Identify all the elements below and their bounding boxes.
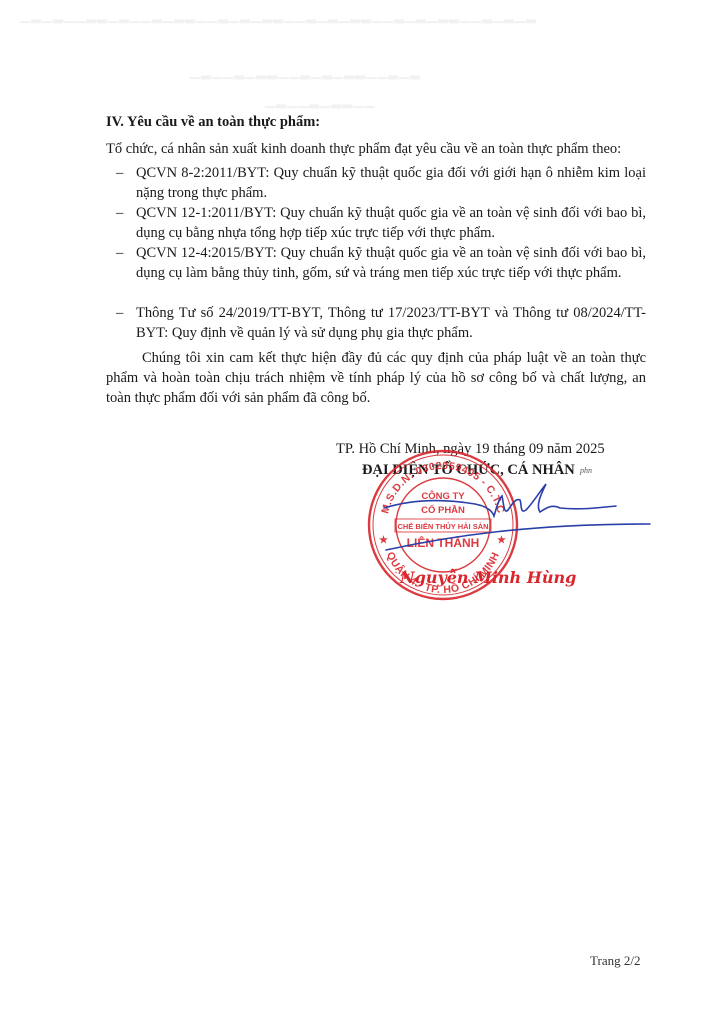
regulation-text: QCVN 12-4:2015/BYT: Quy chuẩn kỹ thuật q… (136, 243, 646, 283)
regulation-item: – QCVN 12-4:2015/BYT: Quy chuẩn kỹ thuật… (116, 243, 646, 283)
regulation-item: – Thông Tư số 24/2019/TT-BYT, Thông tư 1… (116, 303, 646, 343)
bullet-dash: – (116, 163, 123, 183)
regulation-text: QCVN 12-1:2011/BYT: Quy chuẩn kỹ thuật q… (136, 203, 646, 243)
page-number: Trang 2/2 (590, 953, 640, 969)
bullet-dash: – (116, 303, 123, 323)
section-intro: Tổ chức, cá nhân sản xuất kinh doanh thự… (106, 141, 621, 158)
document-page: ▁▂▁▂▁▁▂▂▁▂▁▁▂▁▂▂▁▁▂▁▂▁▂▂▁▁▂▁▂▁▂▂▁▁▂▁▂▁▂▂… (0, 0, 724, 1024)
regulation-text: QCVN 8-2:2011/BYT: Quy chuẩn kỹ thuật qu… (136, 163, 646, 203)
regulation-item: – QCVN 12-1:2011/BYT: Quy chuẩn kỹ thuật… (116, 203, 646, 243)
regulation-item: – QCVN 8-2:2011/BYT: Quy chuẩn kỹ thuật … (116, 163, 646, 203)
bullet-dash: – (116, 203, 123, 223)
show-through-decoration: ▁▂▁▁▂▁▂▂▁▁ (265, 93, 375, 109)
bullet-dash: – (116, 243, 123, 263)
commitment-paragraph: Chúng tôi xin cam kết thực hiện đầy đủ c… (106, 348, 646, 408)
regulation-text: Thông Tư số 24/2019/TT-BYT, Thông tư 17/… (136, 303, 646, 343)
show-through-decoration: ▁▂▁▂▁▁▂▂▁▂▁▁▂▁▂▂▁▁▂▁▂▁▂▂▁▁▂▁▂▁▂▂▁▁▂▁▂▁▂▂… (20, 8, 537, 24)
signature-icon (380, 470, 660, 555)
signer-name: Nguyễn Minh Hùng (400, 568, 576, 587)
section-heading: IV. Yêu cầu về an toàn thực phẩm: (106, 114, 320, 131)
show-through-decoration: ▁▂▁▁▂▁▂▂▁▁▂▁▂▁▂▂▁▁▂▁▂ (190, 64, 421, 80)
